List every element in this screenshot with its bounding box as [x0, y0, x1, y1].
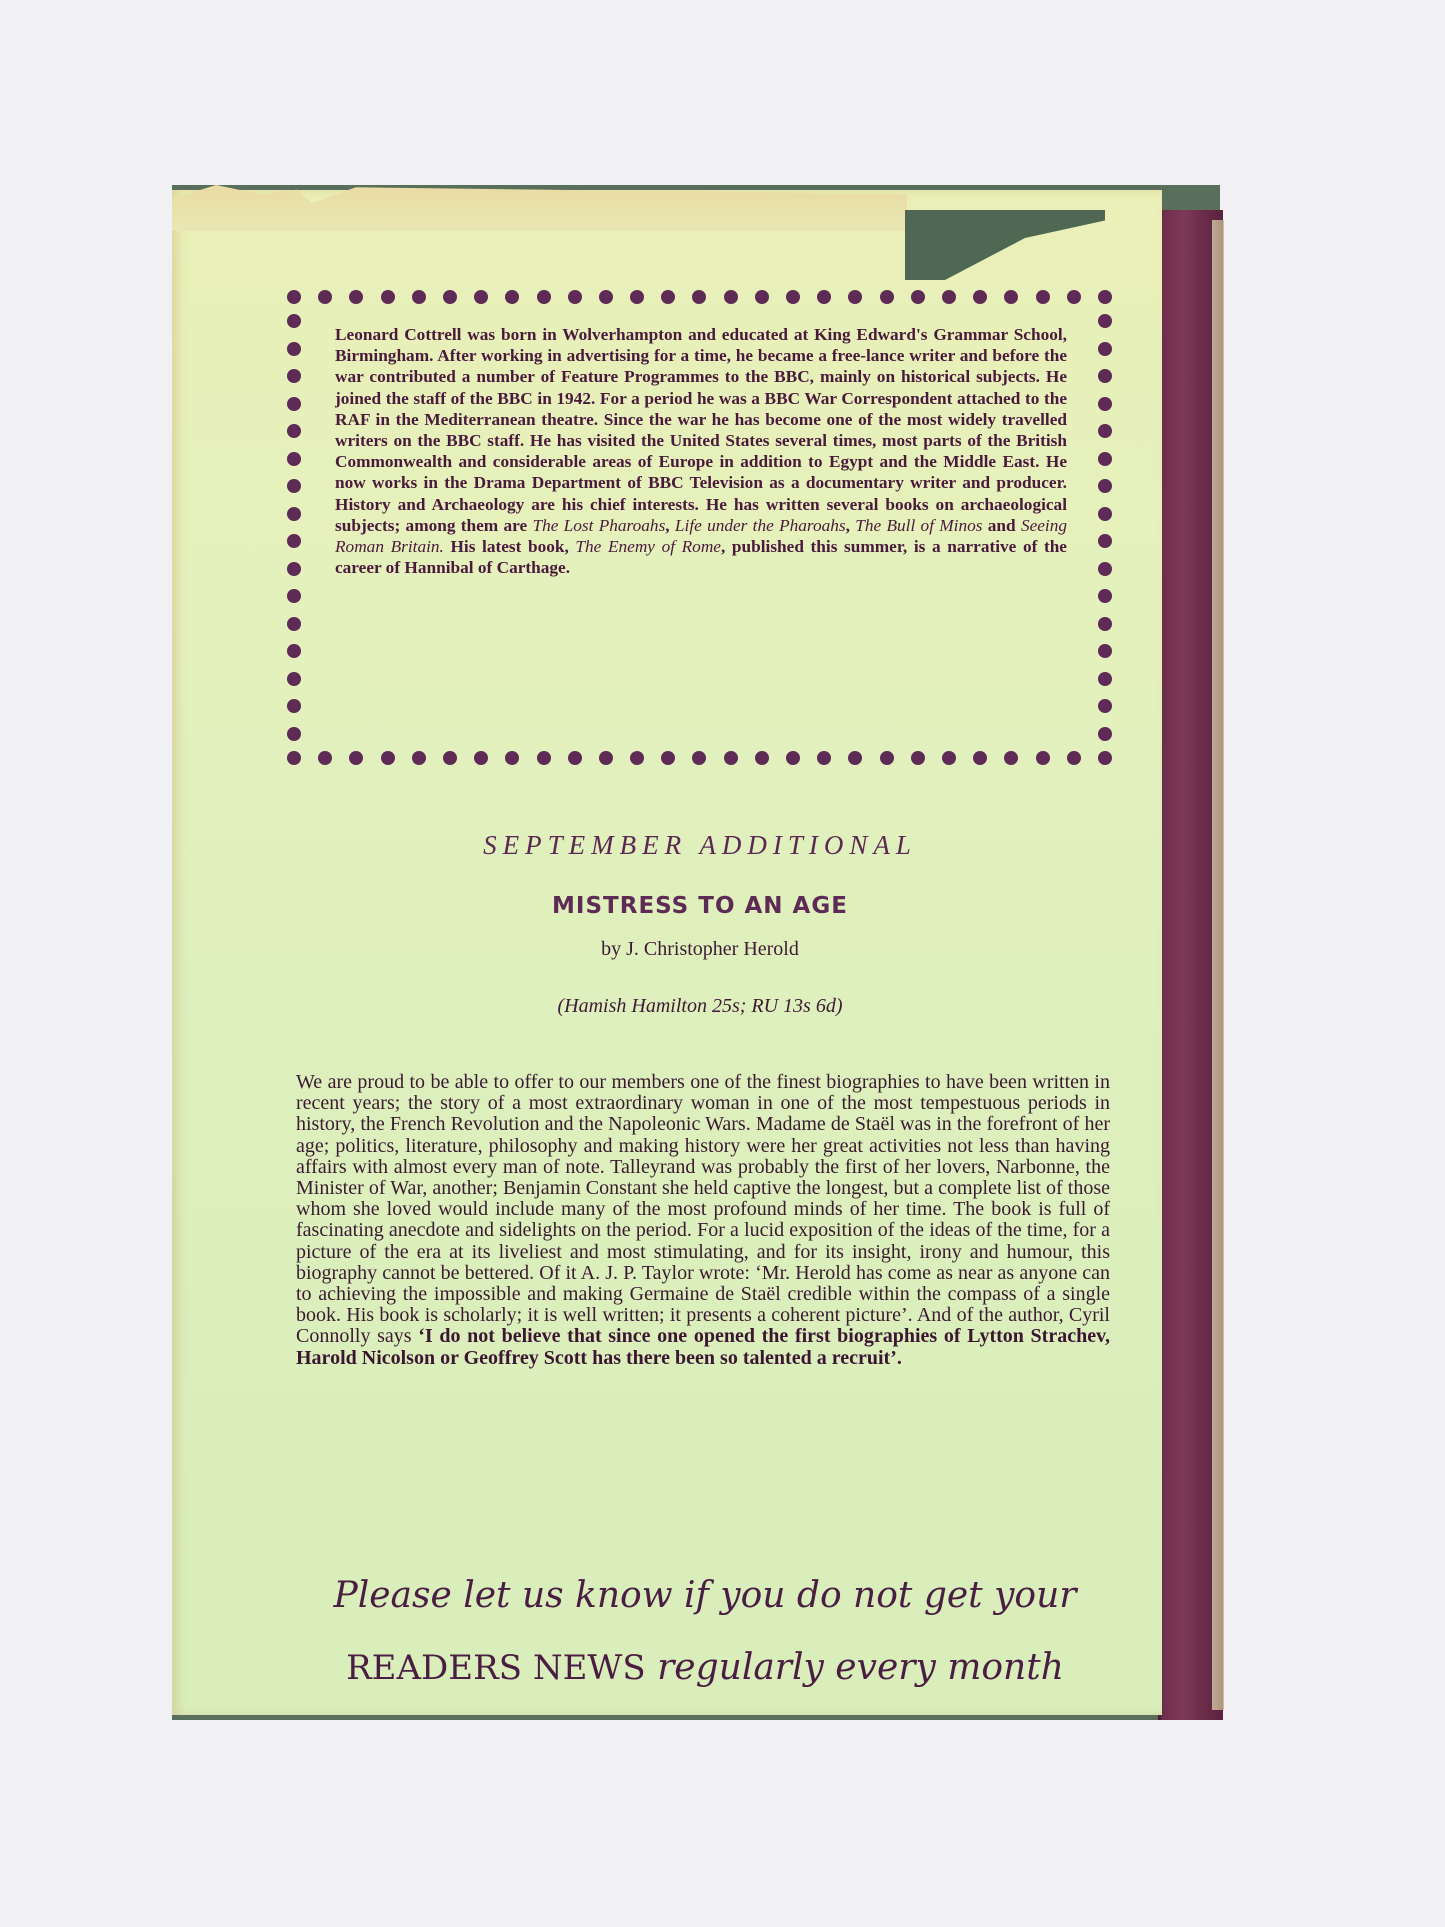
border-dot	[911, 290, 925, 304]
footer-line-2: READERS NEWS regularly every month	[300, 1632, 1110, 1704]
border-dot	[1004, 290, 1018, 304]
border-dot	[381, 290, 395, 304]
dot-border-top	[287, 290, 1112, 304]
blurb-quote-bold: ‘I do not believe that since one opened …	[296, 1325, 1110, 1368]
border-dot	[537, 751, 551, 765]
footer-line-1: Please let us know if you do not get you…	[300, 1560, 1110, 1632]
border-dot	[287, 507, 301, 521]
border-dot	[287, 672, 301, 686]
border-dot	[287, 424, 301, 438]
border-dot	[443, 290, 457, 304]
border-dot	[287, 342, 301, 356]
border-dot	[1004, 751, 1018, 765]
border-dot	[599, 290, 613, 304]
border-dot	[287, 617, 301, 631]
dot-border-left	[287, 314, 301, 741]
border-dot	[755, 751, 769, 765]
author-biography: Leonard Cottrell was born in Wolverhampt…	[335, 324, 1067, 578]
border-dot	[318, 751, 332, 765]
border-dot	[287, 452, 301, 466]
book-title: MISTRESS TO AN AGE	[290, 893, 1110, 919]
border-dot	[287, 751, 301, 765]
border-dot	[817, 751, 831, 765]
border-dot	[1098, 699, 1112, 713]
border-dot	[817, 290, 831, 304]
border-dot	[848, 290, 862, 304]
border-dot	[1098, 342, 1112, 356]
border-dot	[1098, 751, 1112, 765]
border-dot	[287, 589, 301, 603]
border-dot	[1098, 290, 1112, 304]
border-dot	[661, 751, 675, 765]
border-dot	[474, 290, 488, 304]
border-dot	[1098, 452, 1112, 466]
border-dot	[474, 751, 488, 765]
border-dot	[349, 290, 363, 304]
border-dot	[880, 751, 894, 765]
section-heading: SEPTEMBER ADDITIONAL	[290, 830, 1110, 861]
dotted-bio-frame: Leonard Cottrell was born in Wolverhampt…	[287, 290, 1112, 765]
border-dot	[1098, 397, 1112, 411]
border-dot	[1067, 751, 1081, 765]
border-dot	[1036, 751, 1050, 765]
border-dot	[381, 751, 395, 765]
border-dot	[1036, 290, 1050, 304]
border-dot	[505, 290, 519, 304]
book-price: (Hamish Hamilton 25s; RU 13s 6d)	[290, 995, 1110, 1018]
border-dot	[287, 479, 301, 493]
border-dot	[942, 751, 956, 765]
border-dot	[786, 751, 800, 765]
border-dot	[630, 290, 644, 304]
footer-line-2-rest: regularly every month	[646, 1647, 1064, 1688]
border-dot	[1098, 424, 1112, 438]
book-blurb: We are proud to be able to offer to our …	[296, 1072, 1110, 1369]
border-dot	[287, 699, 301, 713]
border-dot	[724, 290, 738, 304]
border-dot	[1098, 534, 1112, 548]
border-dot	[287, 369, 301, 383]
border-dot	[287, 644, 301, 658]
border-dot	[412, 290, 426, 304]
border-dot	[848, 751, 862, 765]
dot-border-right	[1098, 314, 1112, 741]
border-dot	[973, 751, 987, 765]
border-dot	[661, 290, 675, 304]
blurb-text: We are proud to be able to offer to our …	[296, 1071, 1110, 1347]
border-dot	[1098, 507, 1112, 521]
dot-border-bottom	[287, 751, 1112, 765]
border-dot	[911, 751, 925, 765]
border-dot	[287, 290, 301, 304]
border-dot	[537, 290, 551, 304]
border-dot	[505, 751, 519, 765]
readers-news-name: READERS NEWS	[346, 1648, 646, 1688]
border-dot	[287, 562, 301, 576]
border-dot	[568, 751, 582, 765]
border-dot	[1098, 617, 1112, 631]
border-dot	[349, 751, 363, 765]
border-dot	[1098, 562, 1112, 576]
border-dot	[443, 751, 457, 765]
border-dot	[287, 314, 301, 328]
border-dot	[692, 751, 706, 765]
spine-worn-edge	[1212, 220, 1224, 1710]
border-dot	[1098, 727, 1112, 741]
border-dot	[692, 290, 706, 304]
border-dot	[287, 727, 301, 741]
border-dot	[973, 290, 987, 304]
border-dot	[755, 290, 769, 304]
border-dot	[724, 751, 738, 765]
border-dot	[1098, 672, 1112, 686]
border-dot	[880, 290, 894, 304]
border-dot	[630, 751, 644, 765]
border-dot	[318, 290, 332, 304]
border-dot	[412, 751, 426, 765]
border-dot	[287, 534, 301, 548]
border-dot	[1067, 290, 1081, 304]
border-dot	[568, 290, 582, 304]
book-author: by J. Christopher Herold	[290, 938, 1110, 961]
border-dot	[1098, 479, 1112, 493]
border-dot	[599, 751, 613, 765]
border-dot	[1098, 589, 1112, 603]
border-dot	[1098, 369, 1112, 383]
border-dot	[942, 290, 956, 304]
border-dot	[1098, 644, 1112, 658]
footer-notice: Please let us know if you do not get you…	[300, 1560, 1110, 1704]
border-dot	[287, 397, 301, 411]
border-dot	[1098, 314, 1112, 328]
border-dot	[786, 290, 800, 304]
